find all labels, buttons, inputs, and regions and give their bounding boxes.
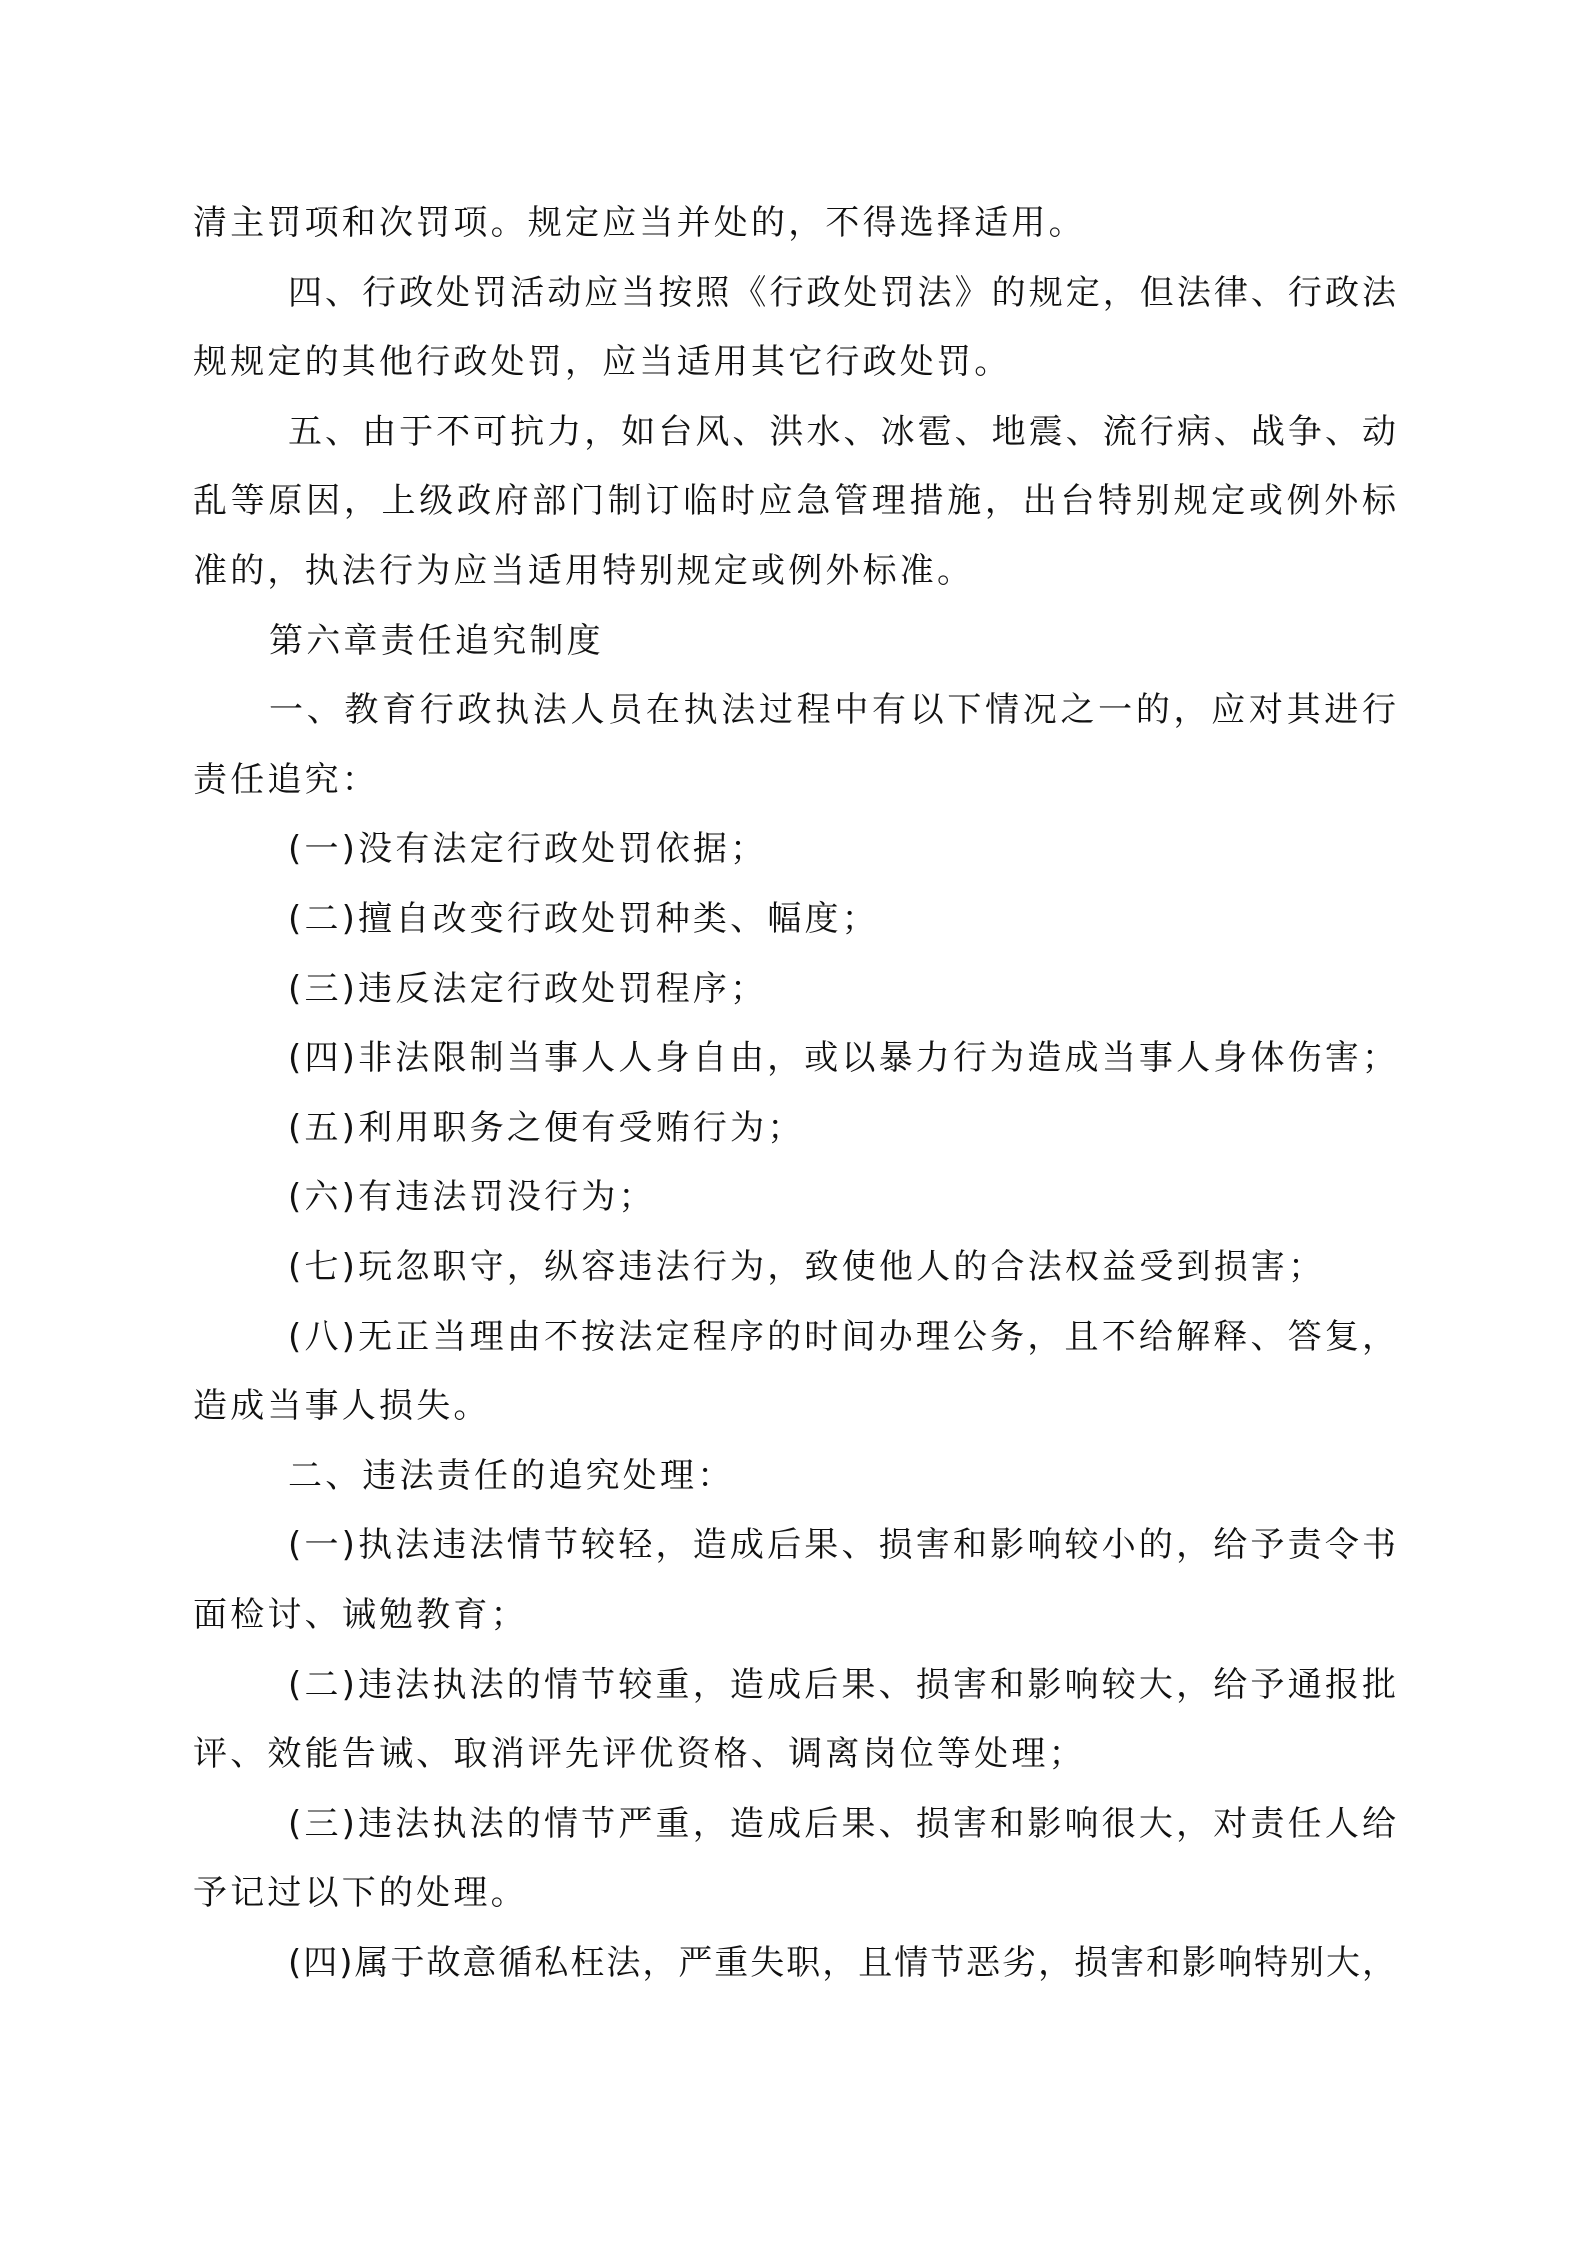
document-page: 清主罚项和次罚项。规定应当并处的，不得选择适用。 四、行政处罚活动应当按照《行政… [0,0,1586,2244]
chapter-heading: 第六章责任追究制度 [193,606,1396,676]
list-item: (二)违法执法的情节较重，造成后果、损害和影响较大，给予通报批 [193,1650,1396,1720]
list-item: (四)属于故意循私枉法，严重失职，且情节恶劣，损害和影响特别大， [193,1928,1396,1998]
paragraph-line: 乱等原因，上级政府部门制订临时应急管理措施，出台特别规定或例外标 [193,466,1396,536]
list-item: (七)玩忽职守，纵容违法行为，致使他人的合法权益受到损害； [193,1232,1396,1302]
list-item: (四)非法限制当事人人身自由，或以暴力行为造成当事人身体伤害； [193,1023,1396,1093]
paragraph-line: 予记过以下的处理。 [193,1858,1396,1928]
section-heading: 二、违法责任的追究处理： [193,1441,1396,1511]
list-item: (五)利用职务之便有受贿行为； [193,1093,1396,1163]
paragraph-line: 五、由于不可抗力，如台风、洪水、冰雹、地震、流行病、战争、动 [193,397,1396,467]
list-item: (一)执法违法情节较轻，造成后果、损害和影响较小的，给予责令书 [193,1510,1396,1580]
list-item: (二)擅自改变行政处罚种类、幅度； [193,884,1396,954]
list-item: (八)无正当理由不按法定程序的时间办理公务，且不给解释、答复， [193,1302,1396,1372]
paragraph-line: 责任追究： [193,745,1396,815]
list-item: (一)没有法定行政处罚依据； [193,814,1396,884]
paragraph-line: 评、效能告诫、取消评先评优资格、调离岗位等处理； [193,1719,1396,1789]
list-item: (三)违法执法的情节严重，造成后果、损害和影响很大，对责任人给 [193,1789,1396,1859]
paragraph-line: 清主罚项和次罚项。规定应当并处的，不得选择适用。 [193,188,1396,258]
paragraph-line: 面检讨、诫勉教育； [193,1580,1396,1650]
list-item: (三)违反法定行政处罚程序； [193,954,1396,1024]
paragraph-line: 准的，执法行为应当适用特别规定或例外标准。 [193,536,1396,606]
paragraph-line: 造成当事人损失。 [193,1371,1396,1441]
paragraph-line: 一、教育行政执法人员在执法过程中有以下情况之一的，应对其进行 [193,675,1396,745]
paragraph-line: 四、行政处罚活动应当按照《行政处罚法》的规定，但法律、行政法 [193,258,1396,328]
list-item: (六)有违法罚没行为； [193,1162,1396,1232]
paragraph-line: 规规定的其他行政处罚，应当适用其它行政处罚。 [193,327,1396,397]
